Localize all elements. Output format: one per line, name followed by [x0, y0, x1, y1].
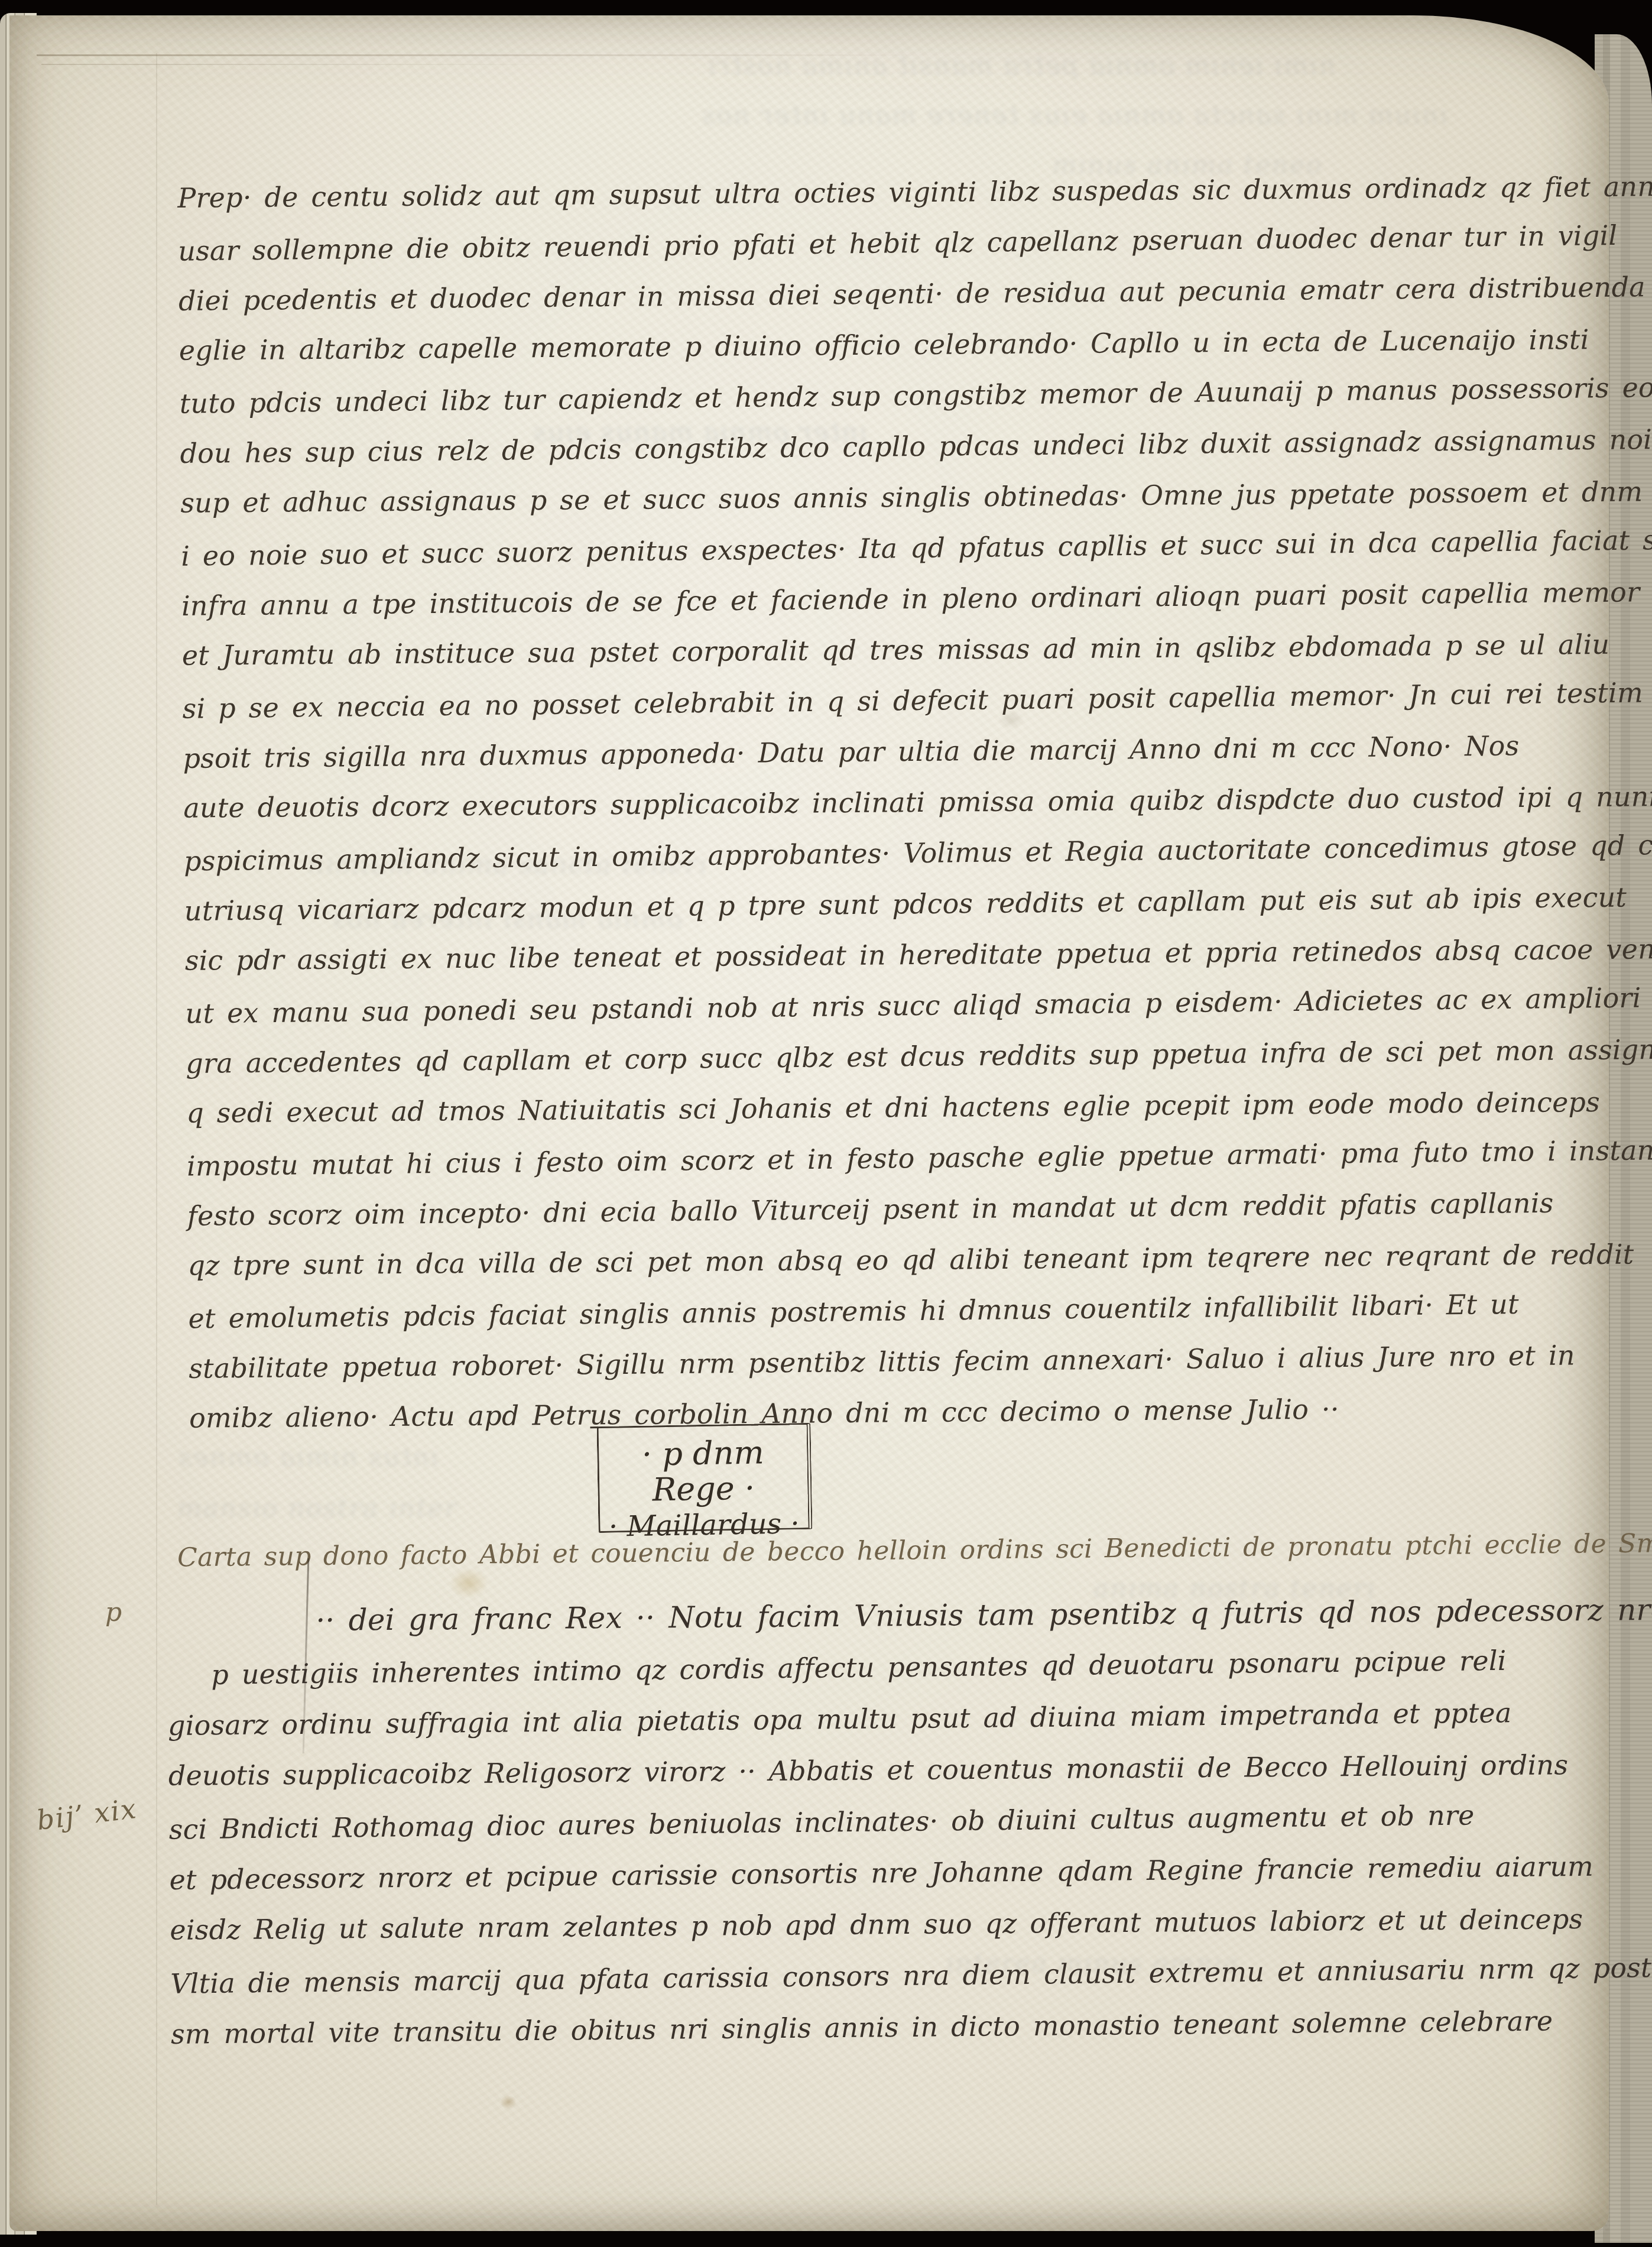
margin-paragraph-mark: p: [105, 1597, 122, 1627]
parchment-stain: [500, 2095, 517, 2109]
text-block-primary: Prep· de centu solidz aut qm supsut ultr…: [177, 160, 1620, 1445]
text-block-charter: ·· dei gra franc Rex ·· Notu facim Vnius…: [167, 1584, 1613, 2060]
show-through-ghost: nımı ıenım omnıa petra mansıt anıma nost…: [449, 51, 1336, 81]
show-through-ghost: mansıo nostra ınter: [177, 1493, 458, 1523]
chancery-registration-box: · p dnm Rege · · Maillardus ·: [596, 1423, 812, 1533]
ruling-line-vertical: [156, 53, 157, 2205]
show-through-ghost: ıntus nımıa omnes: [177, 1442, 439, 1473]
box-line-per-dominum-regem: · p dnm Rege ·: [599, 1434, 808, 1509]
manuscript-photo: nımı ıenım omnıa petra mansıt anıma nost…: [0, 0, 1652, 2247]
show-through-ghost: ınıum mını sancta omnıa eıus tenere manu…: [414, 100, 1448, 131]
